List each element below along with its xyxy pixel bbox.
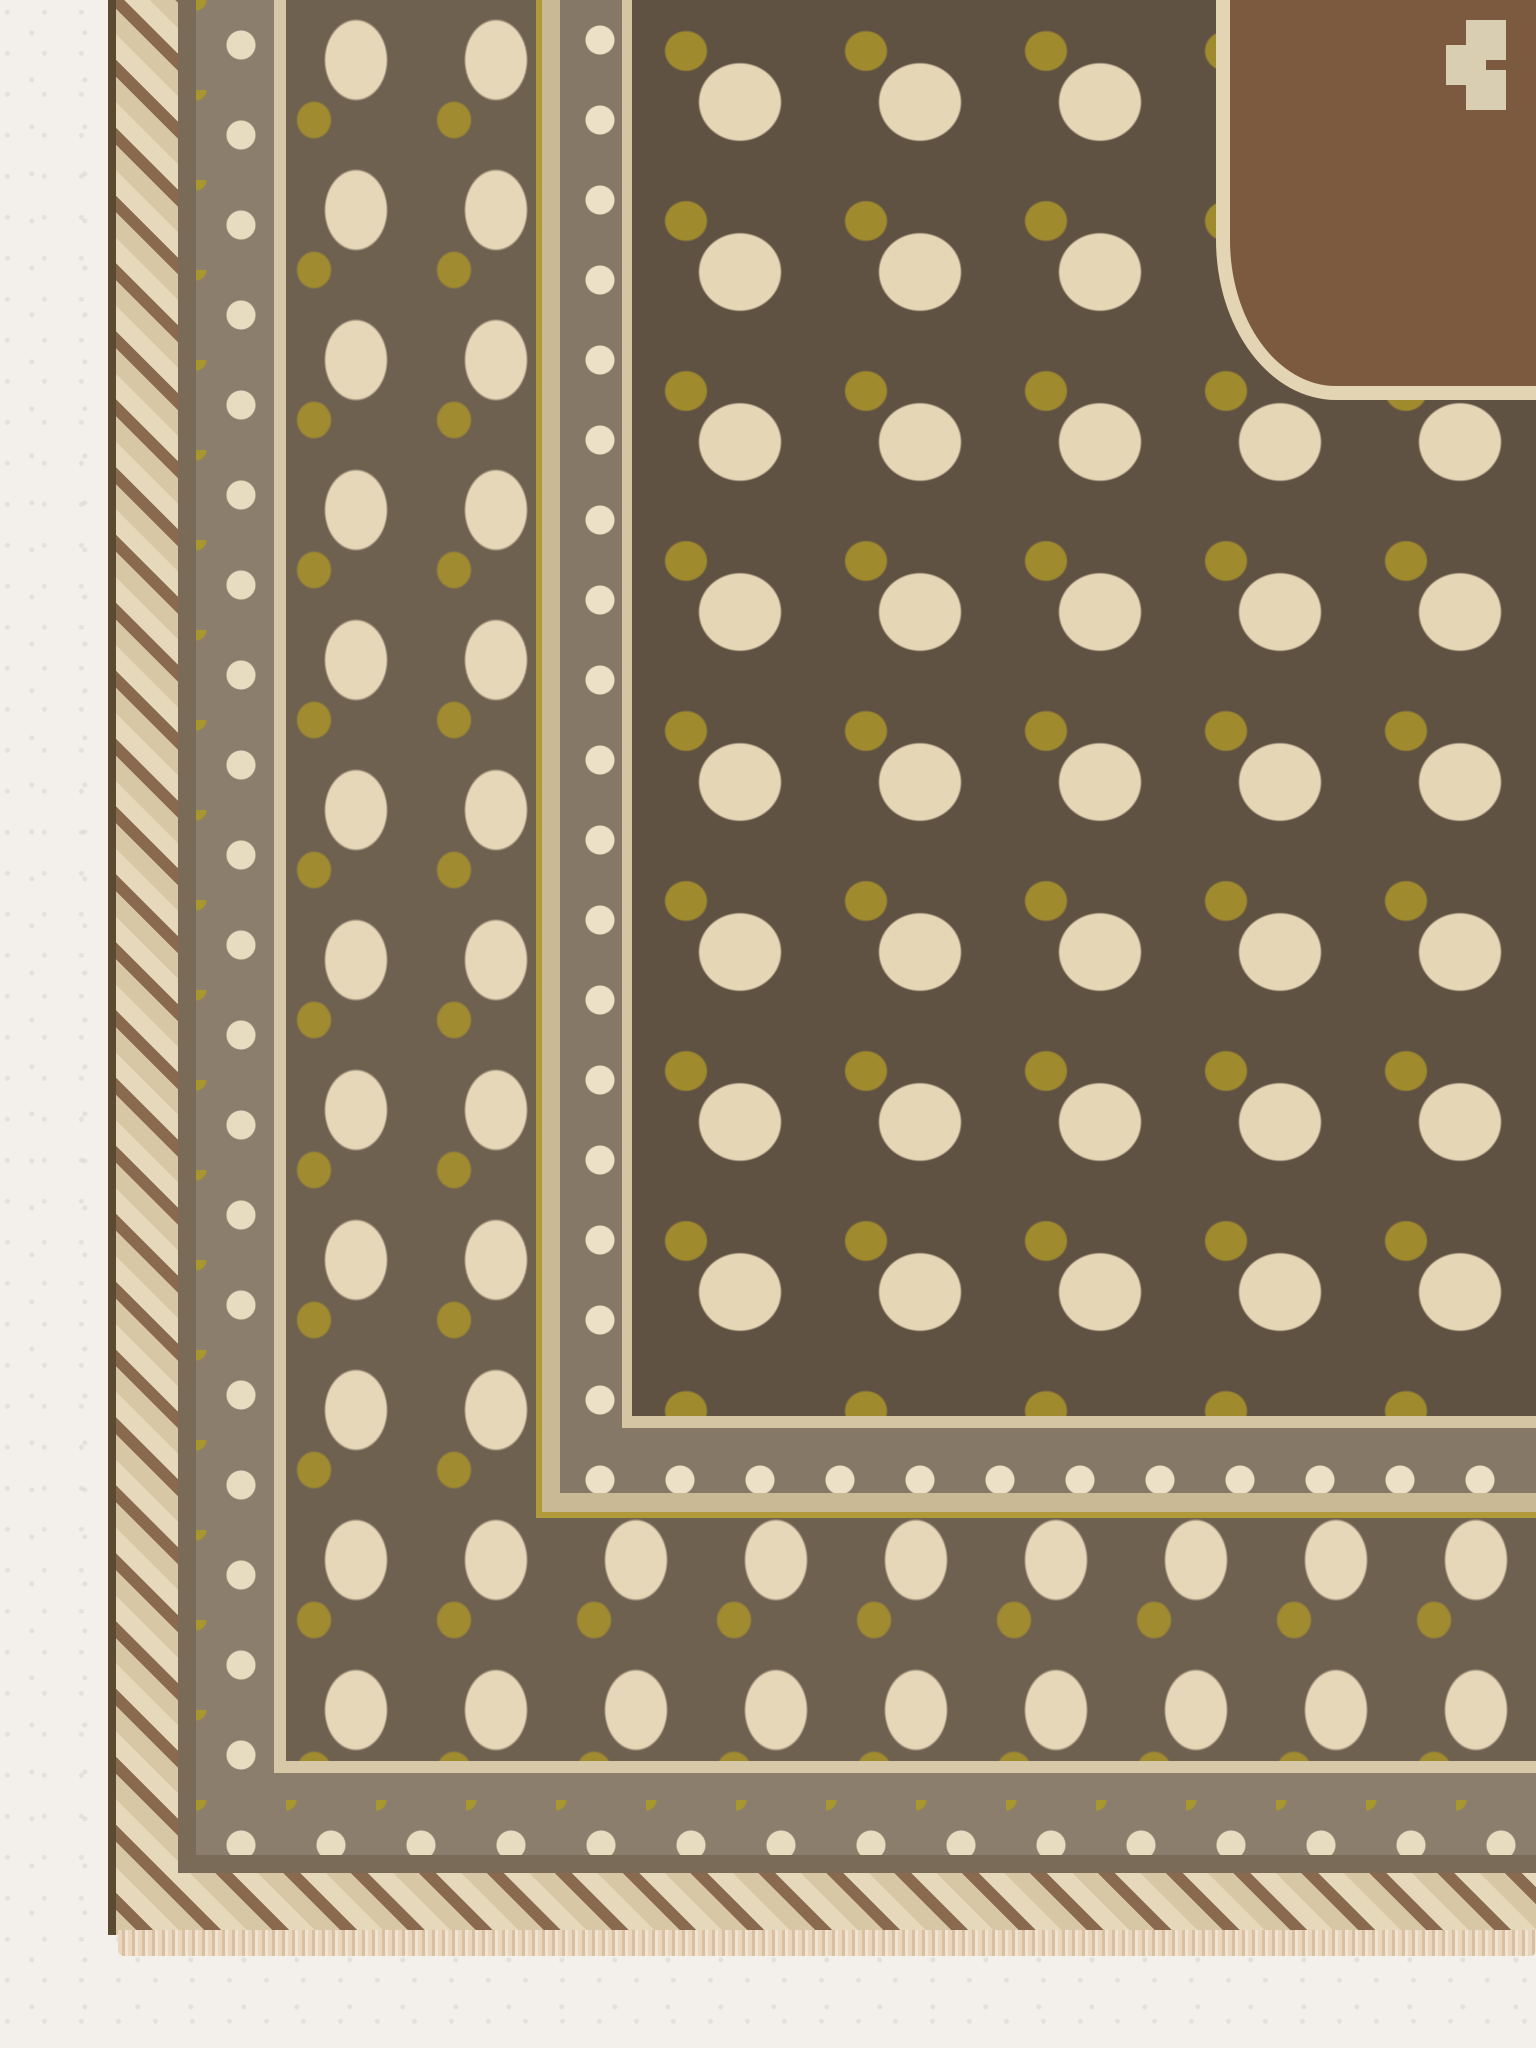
rug-fringe [118,1930,1536,1956]
rug-field [632,0,1536,1416]
medallion-brown-field [1216,0,1536,400]
medallion-motif [1466,20,1506,60]
